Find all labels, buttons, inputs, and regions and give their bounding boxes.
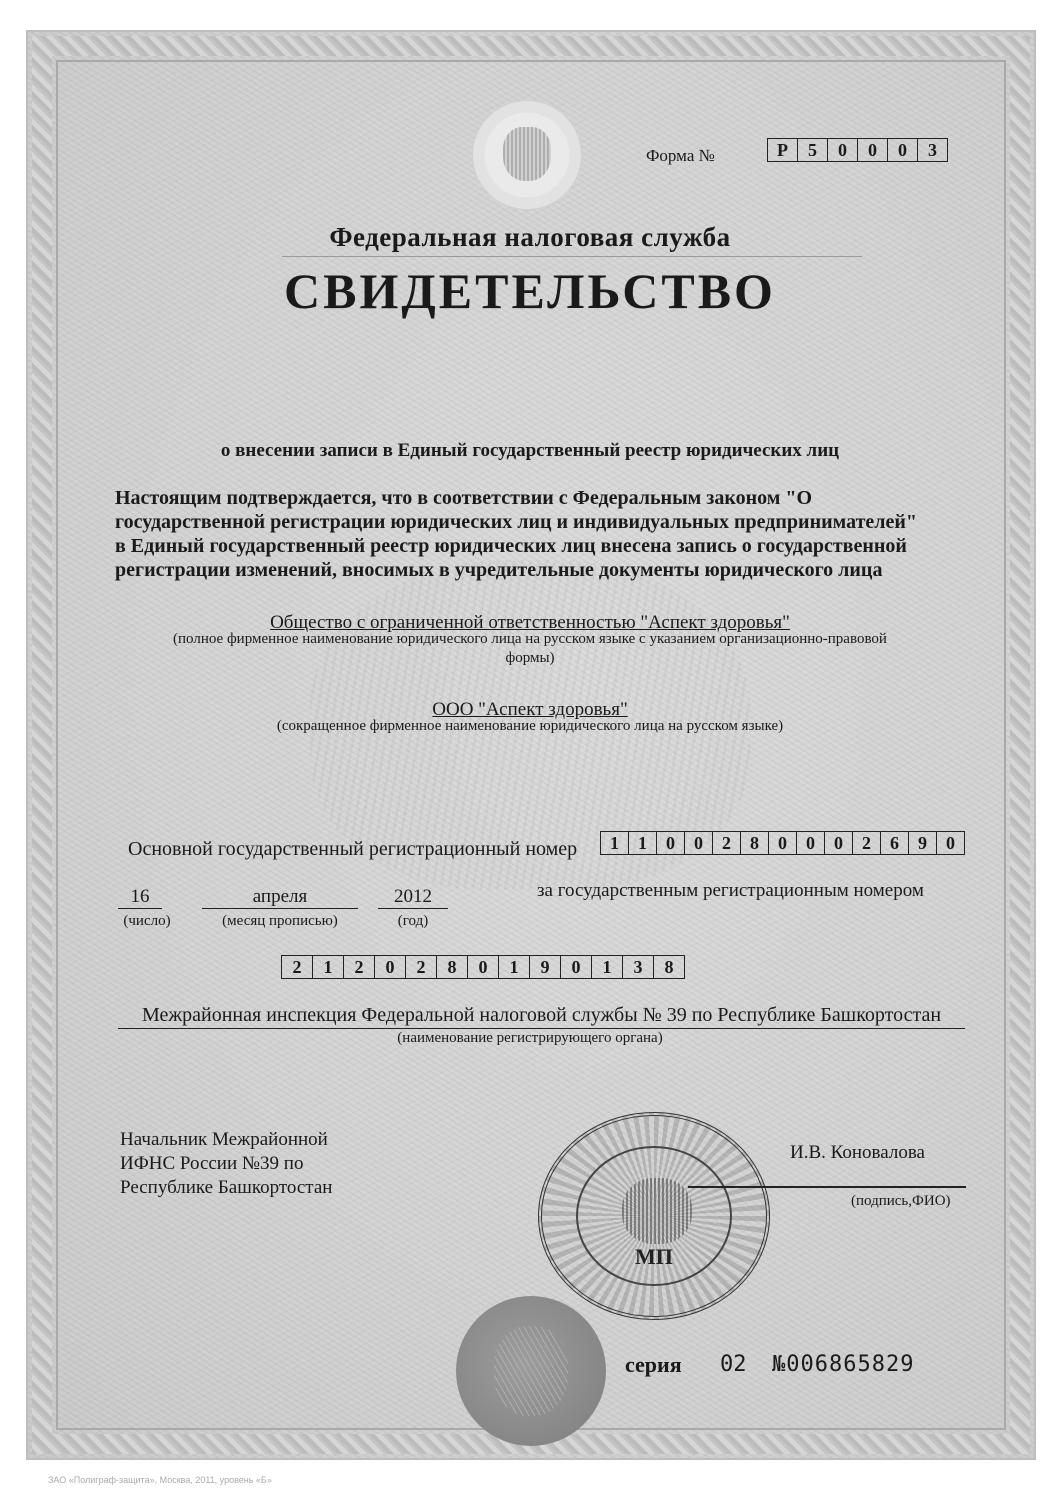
registering-authority-caption: (наименование регистрирующего органа) (0, 1030, 1060, 1047)
fns-emblem-icon (472, 100, 582, 210)
entity-full-name-caption: (полное фирменное наименование юридическ… (0, 630, 1060, 668)
signer-name: И.В. Коновалова (790, 1142, 925, 1164)
entity-short-name-caption: (сокращенное фирменное наименование юрид… (0, 718, 1060, 735)
certificate-number: №006865829 (772, 1352, 914, 1377)
date-year-caption: (год) (378, 913, 448, 930)
date-day: 16 (118, 886, 162, 909)
ogrn-label: Основной государственный регистрационный… (128, 838, 577, 861)
registering-authority: Межрайонная инспекция Федеральной налого… (118, 1004, 965, 1029)
statement-paragraph: Настоящим подтверждается, что в соответс… (115, 486, 965, 582)
ogrn-boxes: 1 1 0 0 2 8 0 0 0 2 6 9 0 (600, 831, 965, 855)
date-year: 2012 (378, 886, 448, 909)
grn-boxes: 2 1 2 0 2 8 0 1 9 0 1 3 8 (281, 955, 685, 979)
document-title: СВИДЕТЕЛЬСТВО (0, 262, 1060, 320)
form-number-boxes: Р 5 0 0 0 3 (767, 138, 948, 162)
signature-line (688, 1186, 966, 1188)
printer-note: ЗАО «Полиграф-защита», Москва, 2011, уро… (48, 1475, 272, 1485)
form-label: Форма № (646, 146, 715, 166)
signer-position: Начальник Межрайонной ИФНС России №39 по… (120, 1128, 332, 1200)
series-value: 02 (720, 1352, 747, 1377)
grn-label: за государственным регистрационным номер… (537, 880, 924, 902)
official-seal-icon: МП (538, 1112, 770, 1320)
date-month: апреля (202, 886, 358, 909)
seal-mark: МП (542, 1244, 766, 1270)
signature-caption: (подпись,ФИО) (851, 1193, 951, 1210)
document-subtitle: о внесении записи в Единый государственн… (0, 440, 1060, 462)
agency-name: Федеральная налоговая служба (0, 222, 1060, 253)
date-day-caption: (число) (112, 913, 182, 930)
date-month-caption: (месяц прописью) (198, 913, 362, 930)
header-divider (282, 256, 862, 257)
series-label: серия (625, 1352, 682, 1378)
hologram-emblem-icon (456, 1296, 606, 1446)
